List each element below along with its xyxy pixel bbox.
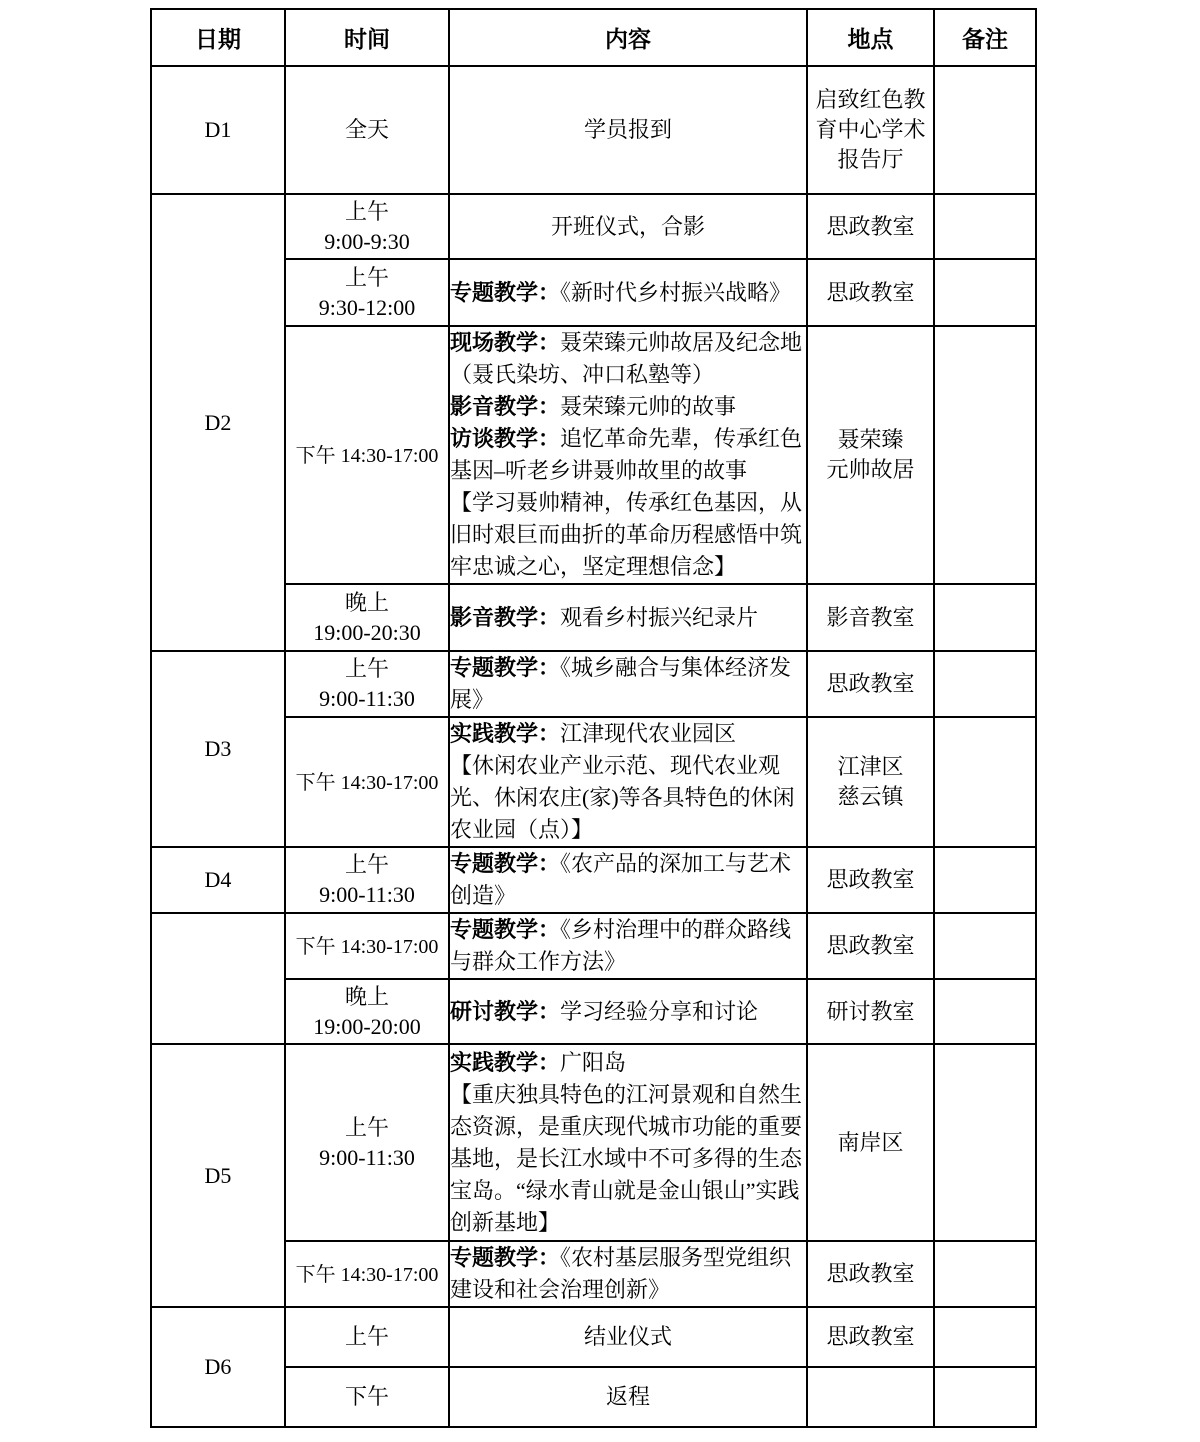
document-page: 日期 时间 内容 地点 备注 D1 全天 学员报到 启致红色教育中心学术报告厅 … [0, 0, 1200, 1442]
time-cell: 下午 14:30-17:00 [285, 717, 449, 847]
content-text: 聂荣臻元帅的故事 [560, 394, 736, 419]
table-row: D6 上午 结业仪式 思政教室 [151, 1307, 1036, 1367]
content-cell: 研讨教学：学习经验分享和讨论 [449, 979, 807, 1044]
time-text: 上午 [345, 1324, 389, 1349]
content-label: 影音教学： [450, 394, 560, 419]
content-block: 影音教学：聂荣臻元帅的故事 [450, 391, 806, 423]
content-label: 专题教学： [450, 655, 560, 680]
header-cell-time: 时间 [285, 9, 449, 66]
content-label: 实践教学： [450, 721, 560, 746]
table-row: D2 上午 9:00-9:30 开班仪式，合影 思政教室 [151, 194, 1036, 259]
content-text: 广阳岛 [560, 1050, 626, 1075]
content-label: 专题教学： [450, 917, 560, 942]
remark-cell [934, 194, 1036, 259]
date-cell: D4 [151, 847, 285, 913]
time-cell: 上午 [285, 1307, 449, 1367]
location-cell: 影音教室 [807, 584, 934, 651]
content-block: 返程 [450, 1381, 806, 1413]
content-label: 专题教学： [450, 1245, 560, 1270]
time-text: 上午 9:00-11:30 [319, 1115, 415, 1170]
content-block: 学员报到 [450, 114, 806, 146]
content-block: 现场教学：聂荣臻元帅故居及纪念地（聂氏染坊、冲口私塾等） [450, 327, 806, 391]
date-cell: D1 [151, 66, 285, 194]
content-text: 返程 [606, 1384, 650, 1409]
remark-cell [934, 584, 1036, 651]
content-cell: 专题教学：《城乡融合与集体经济发展》 [449, 651, 807, 717]
time-cell: 上午 9:00-11:30 [285, 651, 449, 717]
content-text: 结业仪式 [584, 1324, 672, 1349]
content-block: 【休闲农业产业示范、现代农业观光、休闲农庄(家)等各具特色的休闲农业园（点）】 [450, 750, 806, 846]
content-text: 观看乡村振兴纪录片 [560, 605, 758, 630]
remark-cell [934, 326, 1036, 584]
content-label: 现场教学： [450, 330, 560, 355]
content-text: 学习经验分享和讨论 [560, 999, 758, 1024]
location-cell: 思政教室 [807, 913, 934, 979]
location-cell: 思政教室 [807, 1241, 934, 1307]
remark-cell [934, 717, 1036, 847]
location-cell: 思政教室 [807, 194, 934, 259]
content-text: 【学习聂帅精神，传承红色基因，从旧时艰巨而曲折的革命历程感悟中筑牢忠诚之心，坚定… [450, 490, 802, 579]
remark-cell [934, 1044, 1036, 1241]
location-cell: 思政教室 [807, 1307, 934, 1367]
header-cell-content: 内容 [449, 9, 807, 66]
time-text: 下午 [345, 1384, 389, 1409]
location-cell: 江津区 慈云镇 [807, 717, 934, 847]
time-text: 下午 14:30-17:00 [296, 445, 439, 467]
content-text: 【休闲农业产业示范、现代农业观光、休闲农庄(家)等各具特色的休闲农业园（点）】 [450, 753, 795, 842]
content-block: 专题教学：《城乡融合与集体经济发展》 [450, 652, 806, 716]
time-cell: 晚上 19:00-20:00 [285, 979, 449, 1044]
time-text: 上午 9:00-11:30 [319, 656, 415, 711]
content-label: 访谈教学： [450, 426, 560, 451]
content-cell: 实践教学：江津现代农业园区 【休闲农业产业示范、现代农业观光、休闲农庄(家)等各… [449, 717, 807, 847]
content-block: 【学习聂帅精神，传承红色基因，从旧时艰巨而曲折的革命历程感悟中筑牢忠诚之心，坚定… [450, 487, 806, 583]
remark-cell [934, 66, 1036, 194]
time-cell: 上午 9:30-12:00 [285, 259, 449, 326]
time-text: 晚上 19:00-20:00 [313, 984, 421, 1039]
content-block: 研讨教学：学习经验分享和讨论 [450, 996, 806, 1028]
time-cell: 上午 9:00-11:30 [285, 1044, 449, 1241]
time-text: 上午 9:00-11:30 [319, 852, 415, 907]
content-label: 专题教学： [450, 851, 560, 876]
remark-cell [934, 979, 1036, 1044]
location-cell: 启致红色教育中心学术报告厅 [807, 66, 934, 194]
date-cell: D6 [151, 1307, 285, 1427]
table-row: D3 上午 9:00-11:30 专题教学：《城乡融合与集体经济发展》 思政教室 [151, 651, 1036, 717]
time-cell: 下午 14:30-17:00 [285, 326, 449, 584]
time-text: 下午 14:30-17:00 [296, 1264, 439, 1286]
location-cell: 研讨教室 [807, 979, 934, 1044]
remark-cell [934, 259, 1036, 326]
content-block: 专题教学：《农村基层服务型党组织建设和社会治理创新》 [450, 1242, 806, 1306]
time-text: 晚上 19:00-20:30 [313, 590, 421, 645]
location-cell: 聂荣臻 元帅故居 [807, 326, 934, 584]
content-cell: 专题教学：《农村基层服务型党组织建设和社会治理创新》 [449, 1241, 807, 1307]
time-cell: 晚上 19:00-20:30 [285, 584, 449, 651]
content-text: 《新时代乡村振兴战略》 [560, 280, 791, 305]
content-block: 专题教学：《农产品的深加工与艺术创造》 [450, 848, 806, 912]
content-cell: 结业仪式 [449, 1307, 807, 1367]
table-row: D1 全天 学员报到 启致红色教育中心学术报告厅 [151, 66, 1036, 194]
schedule-table: 日期 时间 内容 地点 备注 D1 全天 学员报到 启致红色教育中心学术报告厅 … [150, 8, 1037, 1428]
table-row: D4 上午 9:00-11:30 专题教学：《农产品的深加工与艺术创造》 思政教… [151, 847, 1036, 913]
time-cell: 下午 [285, 1367, 449, 1427]
location-cell: 思政教室 [807, 259, 934, 326]
remark-cell [934, 1241, 1036, 1307]
content-cell: 学员报到 [449, 66, 807, 194]
header-cell-remark: 备注 [934, 9, 1036, 66]
content-block: 影音教学：观看乡村振兴纪录片 [450, 602, 806, 634]
content-cell: 实践教学：广阳岛 【重庆独具特色的江河景观和自然生态资源，是重庆现代城市功能的重… [449, 1044, 807, 1241]
content-label: 实践教学： [450, 1050, 560, 1075]
location-cell [807, 1367, 934, 1427]
table-row: 下午 14:30-17:00 专题教学：《乡村治理中的群众路线与群众工作方法》 … [151, 913, 1036, 979]
time-text: 上午 9:00-9:30 [324, 199, 410, 254]
content-text: 【重庆独具特色的江河景观和自然生态资源，是重庆现代城市功能的重要基地，是长江水域… [450, 1082, 802, 1235]
remark-cell [934, 651, 1036, 717]
date-cell: D3 [151, 651, 285, 847]
content-label: 专题教学： [450, 280, 560, 305]
content-cell: 现场教学：聂荣臻元帅故居及纪念地（聂氏染坊、冲口私塾等） 影音教学：聂荣臻元帅的… [449, 326, 807, 584]
date-cell: D5 [151, 1044, 285, 1307]
content-cell: 开班仪式，合影 [449, 194, 807, 259]
time-cell: 下午 14:30-17:00 [285, 1241, 449, 1307]
content-label: 影音教学： [450, 605, 560, 630]
location-cell: 思政教室 [807, 847, 934, 913]
location-cell: 南岸区 [807, 1044, 934, 1241]
content-block: 专题教学：《乡村治理中的群众路线与群众工作方法》 [450, 914, 806, 978]
header-cell-date: 日期 [151, 9, 285, 66]
content-text: 开班仪式，合影 [551, 214, 705, 239]
content-block: 访谈教学：追忆革命先辈，传承红色基因–听老乡讲聂帅故里的故事 [450, 423, 806, 487]
time-text: 下午 14:30-17:00 [296, 772, 439, 794]
content-label: 研讨教学： [450, 999, 560, 1024]
date-cell: D2 [151, 194, 285, 651]
content-text: 学员报到 [584, 117, 672, 142]
content-cell: 影音教学：观看乡村振兴纪录片 [449, 584, 807, 651]
content-block: 实践教学：江津现代农业园区 [450, 718, 806, 750]
content-block: 开班仪式，合影 [450, 211, 806, 243]
content-cell: 专题教学：《新时代乡村振兴战略》 [449, 259, 807, 326]
content-text: 江津现代农业园区 [560, 721, 736, 746]
header-row: 日期 时间 内容 地点 备注 [151, 9, 1036, 66]
remark-cell [934, 913, 1036, 979]
content-block: 结业仪式 [450, 1321, 806, 1353]
time-cell: 全天 [285, 66, 449, 194]
content-block: 实践教学：广阳岛 [450, 1047, 806, 1079]
time-cell: 下午 14:30-17:00 [285, 913, 449, 979]
time-cell: 上午 9:00-11:30 [285, 847, 449, 913]
remark-cell [934, 847, 1036, 913]
time-text: 下午 14:30-17:00 [296, 936, 439, 958]
remark-cell [934, 1367, 1036, 1427]
remark-cell [934, 1307, 1036, 1367]
table-row: D5 上午 9:00-11:30 实践教学：广阳岛 【重庆独具特色的江河景观和自… [151, 1044, 1036, 1241]
location-cell: 思政教室 [807, 651, 934, 717]
date-cell [151, 913, 285, 1044]
header-cell-location: 地点 [807, 9, 934, 66]
content-cell: 专题教学：《农产品的深加工与艺术创造》 [449, 847, 807, 913]
time-text: 全天 [345, 117, 389, 142]
time-text: 上午 9:30-12:00 [319, 265, 416, 320]
content-block: 专题教学：《新时代乡村振兴战略》 [450, 277, 806, 309]
content-cell: 返程 [449, 1367, 807, 1427]
content-block: 【重庆独具特色的江河景观和自然生态资源，是重庆现代城市功能的重要基地，是长江水域… [450, 1079, 806, 1239]
content-cell: 专题教学：《乡村治理中的群众路线与群众工作方法》 [449, 913, 807, 979]
time-cell: 上午 9:00-9:30 [285, 194, 449, 259]
